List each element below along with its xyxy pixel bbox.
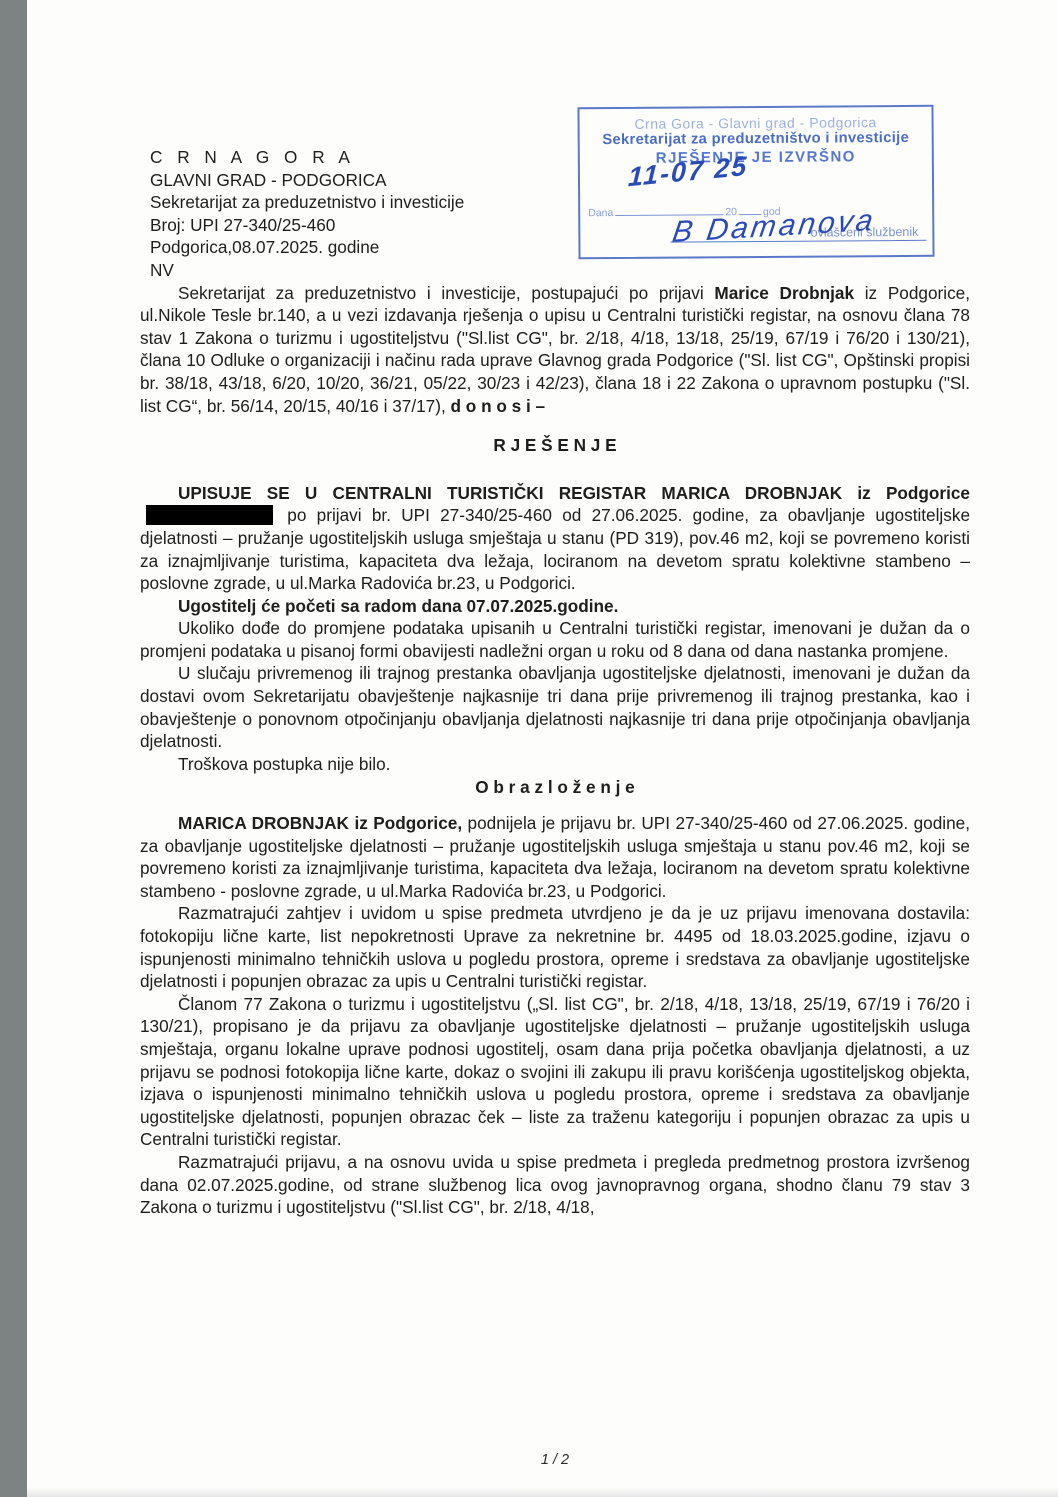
paragraph-explanation-4: Razmatrajući prijavu, a na osnovu uvida … <box>140 1151 970 1219</box>
heading-rjesenje: R J E Š E N J E <box>140 434 970 457</box>
scanned-document-page: Crna Gora - Glavni grad - Podgorica Sekr… <box>0 0 1058 1497</box>
paragraph-explanation-3: Članom 77 Zakona o turizmu i ugostiteljs… <box>140 993 970 1151</box>
letterhead-country: C R N A G O R A <box>150 146 970 169</box>
redacted-text <box>146 505 273 525</box>
page-number: 1 / 2 <box>140 1452 970 1468</box>
letterhead-place-date: Podgorica,08.07.2025. godine <box>150 236 970 259</box>
paragraph-start-date: Ugostitelj će početi sa radom dana 07.07… <box>140 595 970 618</box>
heading-obrazlozenje: O b r a z l o ž e n j e <box>140 776 970 799</box>
paragraph-explanation-1: MARICA DROBNJAK iz Podgorice, podnijela … <box>140 812 970 902</box>
applicant-name-caps: MARICA DROBNJAK iz Podgorice, <box>178 813 462 833</box>
paragraph-costs: Troškova postupka nije bilo. <box>140 753 970 776</box>
intro-text: Sekretarijat za preduzetnistvo i investi… <box>178 283 714 303</box>
paragraph-change-obligation: Ukoliko dođe do promjene podataka upisan… <box>140 617 970 662</box>
decision-bold-text: UPISUJE SE U CENTRALNI TURISTIČKI REGIST… <box>178 483 970 503</box>
paragraph-intro: Sekretarijat za preduzetnistvo i investi… <box>140 282 970 418</box>
letterhead-city: GLAVNI GRAD - PODGORICA <box>150 169 970 192</box>
paragraph-cessation-obligation: U slučaju privremenog ili trajnog presta… <box>140 662 970 752</box>
paragraph-decision: UPISUJE SE U CENTRALNI TURISTIČKI REGIST… <box>140 482 970 595</box>
donosi-text: d o n o s i – <box>451 396 546 416</box>
document-body: C R N A G O R A GLAVNI GRAD - PODGORICA … <box>140 146 970 1219</box>
letterhead-initials: NV <box>150 259 970 282</box>
letterhead-department: Sekretarijat za preduzetnistvo i investi… <box>150 191 970 214</box>
paragraph-explanation-2: Razmatrajući zahtjev i uvidom u spise pr… <box>140 902 970 992</box>
letterhead-case-number: Broj: UPI 27-340/25-460 <box>150 214 970 237</box>
scan-edge-artifact <box>0 0 27 1497</box>
letterhead: C R N A G O R A GLAVNI GRAD - PODGORICA … <box>150 146 970 282</box>
applicant-name: Marice Drobnjak <box>714 283 854 303</box>
